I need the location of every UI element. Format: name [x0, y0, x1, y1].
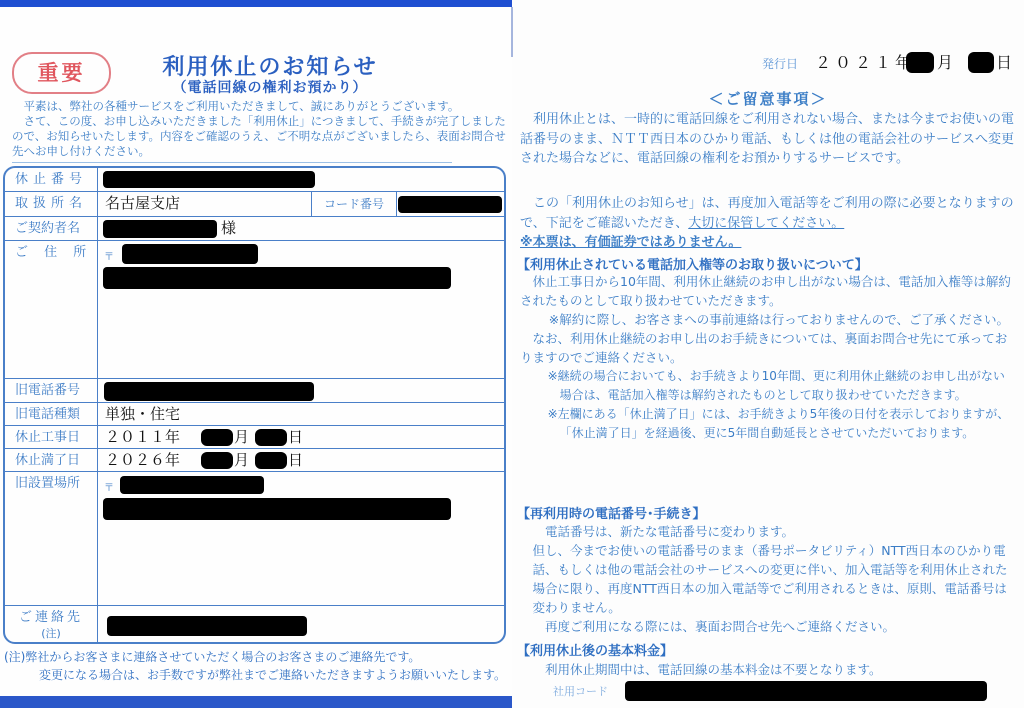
postal-mark: 〒 [104, 248, 114, 263]
redacted-postal-code [122, 244, 258, 264]
not-securities-notice: ※本票は、有価証券ではありません。 [520, 235, 741, 250]
redacted-contact [107, 616, 307, 636]
bottom-color-band [0, 696, 512, 708]
row-old-install-location: 旧設置場所 〒 [5, 472, 504, 606]
redacted-install-address [103, 498, 451, 520]
intro-line-1: 平素は、弊社の各種サービスをご利用いただきまして、誠にありがとうございます。 [12, 99, 507, 114]
expiry-date-month-suffix: 月 [234, 449, 249, 472]
label-suspension-expiry: 休止満了日 [5, 449, 98, 471]
label-contact-note-mark: (注) [5, 626, 97, 642]
handling-text-4: ※継続の場合においても、お手続きより10年間、更に利用休止継続のお申し出がない場… [520, 367, 1015, 405]
handling-text-2: ※解約に際し、お客さまへの事前連絡は行っておりませんので、ご了承ください。 [520, 310, 1015, 329]
redacted-issue-month [906, 52, 934, 73]
fee-text: 利用休止期間中は、電話回線の基本料金は不要となります。 [520, 660, 1015, 679]
important-badge: 重要 [12, 52, 111, 94]
company-code-label: 社用コード [553, 683, 608, 699]
label-address: ご 住 所 [5, 241, 98, 378]
section-reuse-title: 【再利用時の電話番号･手続き】 [517, 503, 706, 522]
label-contact: ご連絡先 (注) [5, 606, 98, 644]
redacted-work-month [201, 429, 233, 446]
redacted-code-number [398, 196, 502, 213]
footnote: (注)弊社からお客さまに連絡させていただく場合のお客さまのご連絡先です。 変更に… [4, 648, 509, 684]
label-old-phone-number: 旧電話番号 [5, 379, 98, 402]
work-date-day-suffix: 日 [288, 426, 303, 449]
work-date-year: ２０１１年 [105, 426, 180, 449]
footnote-line-2: 変更になる場合は、お手数ですが弊社までご連絡いただきますようお願いいたします。 [4, 666, 509, 684]
top-color-band [0, 0, 512, 7]
office-value: 名古屋支店 [105, 192, 180, 215]
redacted-company-code [625, 681, 987, 701]
row-suspension-work-date: 休止工事日 ２０１１年 月 日 [5, 426, 504, 449]
honorific: 様 [221, 217, 236, 240]
intro-text: 平素は、弊社の各種サービスをご利用いただきまして、誠にありがとうございます。 さ… [12, 99, 507, 159]
redacted-old-phone-number [104, 382, 314, 401]
redacted-expiry-day [255, 452, 287, 469]
divider [12, 162, 452, 163]
notes-heading: ＜ご留意事項＞ [512, 88, 1024, 109]
label-suspension-work-date: 休止工事日 [5, 426, 98, 448]
label-suspension-number: 休止番号 [5, 168, 98, 191]
postal-mark: 〒 [104, 479, 114, 494]
old-phone-type-value: 単独・住宅 [105, 403, 180, 426]
redacted-expiry-month [201, 452, 233, 469]
intro-line-2: さて、この度、お申し込みいただきました「利用休止」につきまして、手続きが完了しま… [12, 114, 507, 159]
row-old-phone-type: 旧電話種類 単独・住宅 [5, 403, 504, 426]
reuse-text-1: 電話番号は、新たな電話番号に変わります。 [520, 522, 1015, 541]
redacted-contractor-name [103, 220, 217, 238]
issue-month-suffix: 月 [937, 50, 953, 73]
label-contact-text: ご連絡先 [5, 610, 97, 626]
section-handling-title: 【利用休止されている電話加入権等のお取り扱いについて】 [517, 254, 868, 273]
section-reuse-body: 電話番号は、新たな電話番号に変わります。 但し、今までお使いの電話番号のまま（番… [520, 522, 1015, 636]
row-old-phone-number: 旧電話番号 [5, 379, 504, 403]
reuse-text-2: 但し、今までお使いの電話番号のまま（番号ポータビリティ）NTT西日本のひかり電話… [520, 541, 1015, 617]
redacted-address [103, 267, 451, 289]
section-fee-body: 利用休止期間中は、電話回線の基本料金は不要となります。 [520, 660, 1015, 679]
document-subtitle: （電話回線の権利お預かり） [150, 77, 390, 97]
work-date-month-suffix: 月 [234, 426, 249, 449]
keep-safe-emphasis: 大切に保管してください。 [688, 216, 844, 231]
redacted-install-postal-code [120, 476, 264, 494]
row-contact: ご連絡先 (注) [5, 606, 504, 644]
redacted-issue-day [968, 52, 994, 73]
issue-date-year: ２０２１年 [815, 50, 915, 73]
issue-day-suffix: 日 [996, 50, 1012, 73]
label-office: 取扱所名 [5, 192, 98, 216]
section-handling-body: 休止工事日から10年間、利用休止継続のお申し出がない場合は、電話加入権等は解約さ… [520, 272, 1015, 443]
handling-text-1: 休止工事日から10年間、利用休止継続のお申し出がない場合は、電話加入権等は解約さ… [520, 272, 1015, 310]
reuse-text-3: 再度ご利用になる際には、裏面お問合せ先へご連絡ください。 [520, 617, 1015, 636]
expiry-date-day-suffix: 日 [288, 449, 303, 472]
definition-text: 利用休止とは、一時的に電話回線をご利用されない場合、または今までお使いの電話番号… [520, 110, 1015, 169]
label-code-number: コード番号 [311, 192, 397, 216]
notice-front-panel: 重要 利用休止のお知らせ （電話回線の権利お預かり） 平素は、弊社の各種サービス… [0, 0, 512, 708]
handling-text-5: ※左欄にある「休止満了日」には、お手続きより5年後の日付を表示しておりますが、「… [520, 405, 1015, 443]
row-contractor: ご契約者名 様 [5, 217, 504, 241]
row-suspension-number: 休止番号 [5, 168, 504, 192]
label-old-install-location: 旧設置場所 [5, 472, 98, 605]
suspension-details-form: 休止番号 取扱所名 名古屋支店 コード番号 ご契約者名 様 ご 住 所 〒 旧電… [3, 166, 506, 644]
handling-text-3: なお、利用休止継続のお申し出のお手続きについては、裏面お問合せ先にて承っておりま… [520, 329, 1015, 367]
label-contractor: ご契約者名 [5, 217, 98, 240]
section-fee-title: 【利用休止後の基本料金】 [517, 640, 673, 659]
row-office: 取扱所名 名古屋支店 コード番号 [5, 192, 504, 217]
label-old-phone-type: 旧電話種類 [5, 403, 98, 425]
expiry-date-year: ２０２６年 [105, 449, 180, 472]
notes-paragraph-1: 利用休止とは、一時的に電話回線をご利用されない場合、または今までお使いの電話番号… [520, 110, 1015, 169]
redacted-suspension-number [103, 171, 315, 188]
row-suspension-expiry: 休止満了日 ２０２６年 月 日 [5, 449, 504, 472]
notes-paragraph-2: この「利用休止のお知らせ」は、再度加入電話等をご利用の際に必要となりますので、下… [520, 194, 1015, 253]
redacted-work-day [255, 429, 287, 446]
row-address: ご 住 所 〒 [5, 241, 504, 379]
issue-date-label: 発行日 [762, 55, 798, 72]
footnote-line-1: (注)弊社からお客さまに連絡させていただく場合のお客さまのご連絡先です。 [4, 648, 509, 666]
